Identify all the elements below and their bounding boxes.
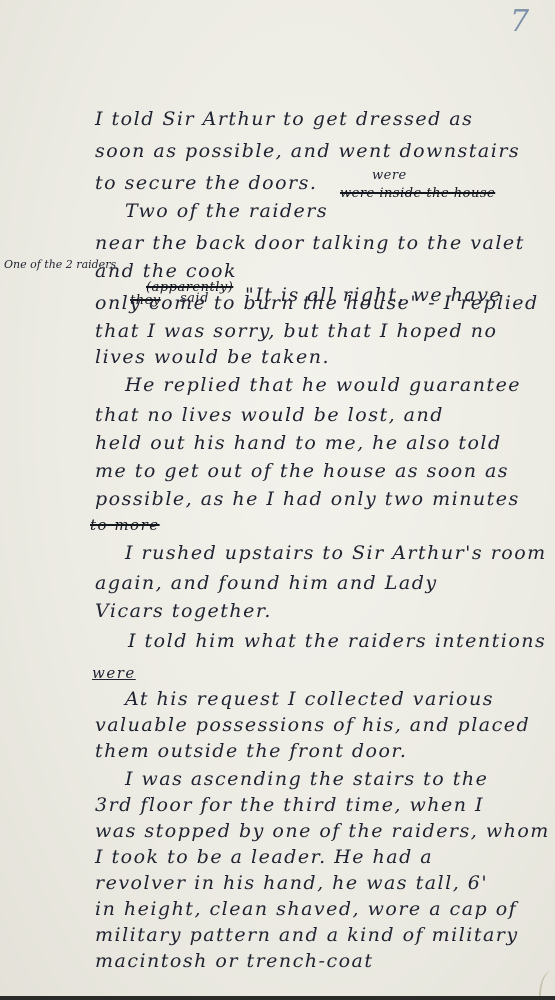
text-line: He replied that he would guarantee (125, 374, 521, 396)
text-line: I told Sir Arthur to get dressed as (95, 108, 473, 130)
text-line: At his request I collected various (125, 688, 494, 710)
text-line: that I was sorry, but that I hoped no (95, 320, 497, 342)
text-line: and the cook (95, 260, 237, 282)
text-line: revolver in his hand, he was tall, 6' (95, 872, 488, 894)
text-line: valuable possessions of his, and placed (95, 714, 530, 736)
text-line: Two of the raiders (125, 200, 328, 222)
text-line: 3rd floor for the third time, when I (95, 794, 484, 816)
page-number: 7 (510, 4, 529, 39)
text-line: that no lives would be lost, and (95, 404, 444, 426)
text-line: them outside the front door. (95, 740, 407, 762)
text-line: soon as possible, and went downstairs (95, 140, 520, 162)
text-line: I took to be a leader. He had a (95, 846, 433, 868)
manuscript-page: 7 I told Sir Arthur to get dressed as so… (0, 0, 555, 1000)
text-line: me to get out of the house as soon as (95, 460, 509, 482)
text-line: possible, as he I had only two minutes (95, 488, 520, 510)
text-line: in height, clean shaved, wore a cap of (95, 898, 517, 920)
text-line: I rushed upstairs to Sir Arthur's room (125, 542, 547, 564)
text-line: held out his hand to me, he also told (95, 432, 502, 454)
text-line: again, and found him and Lady (95, 572, 438, 594)
text-line: I was ascending the stairs to the (125, 768, 488, 790)
struck-text: to more (90, 516, 160, 534)
text-line: only come to burn the house" - I replied (95, 292, 539, 314)
page-bottom-edge (0, 996, 555, 1000)
text-line: was stopped by one of the raiders, whom (95, 820, 550, 842)
insertion-text: were (372, 168, 407, 183)
text-line: lives would be taken. (95, 346, 330, 368)
text-line: Vicars together. (95, 600, 272, 622)
struck-text: were inside the house (340, 186, 495, 201)
margin-note: One of the 2 raiders (4, 258, 116, 271)
text-line: macintosh or trench-coat (95, 950, 374, 972)
text-line: military pattern and a kind of military (95, 924, 519, 946)
text-line: I told him what the raiders intentions (128, 630, 546, 652)
text-line: were (92, 664, 136, 682)
page-corner-fold (539, 970, 555, 996)
text-line: to secure the doors. (95, 172, 317, 194)
text-line: near the back door talking to the valet (95, 232, 525, 254)
